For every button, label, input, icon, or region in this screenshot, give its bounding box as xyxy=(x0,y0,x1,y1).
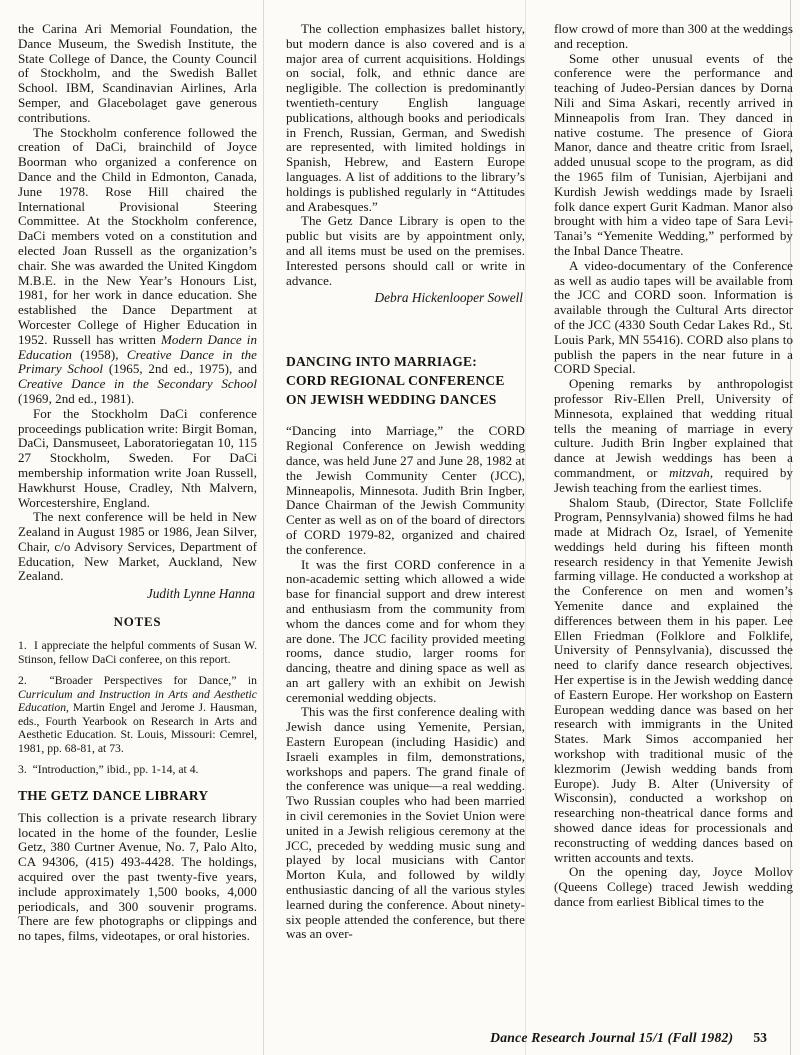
scan-edge-artifact xyxy=(790,0,791,1055)
scan-artifact-line xyxy=(263,0,264,1055)
paragraph-mollov-opening-day: On the opening day, Joyce Mollov (Queens… xyxy=(554,865,793,909)
page-footer: Dance Research Journal 15/1 (Fall 1982)5… xyxy=(490,1030,767,1046)
footnote-3: 3. “Introduction,” ibid., pp. 1-14, at 4… xyxy=(18,763,257,777)
heading-line-1: DANCING INTO MARRIAGE: xyxy=(286,352,525,371)
column-1: the Carina Ari Memorial Foundation, the … xyxy=(18,22,257,1016)
footnote-2: 2. “Broader Perspectives for Dance,” in … xyxy=(18,674,257,755)
byline-judith-lynne-hanna: Judith Lynne Hanna xyxy=(18,586,255,602)
paragraph-stockholm-conference: The Stockholm conference followed the cr… xyxy=(18,126,257,407)
paragraph-opening-remarks: Opening remarks by anthropologist profes… xyxy=(554,377,793,495)
paragraph-getz-visits: The Getz Dance Library is open to the pu… xyxy=(286,214,525,288)
getz-library-heading: THE GETZ DANCE LIBRARY xyxy=(18,788,257,804)
paragraph-next-conference: The next conference will be held in New … xyxy=(18,510,257,584)
heading-line-3: ON JEWISH WEDDING DANCES xyxy=(286,390,525,409)
page-number: 53 xyxy=(753,1030,767,1045)
column-2: The collection emphasizes ballet history… xyxy=(286,22,525,1016)
journal-page: the Carina Ari Memorial Foundation, the … xyxy=(0,0,800,1055)
heading-line-2: CORD REGIONAL CONFERENCE xyxy=(286,371,525,390)
paragraph-video-documentary: A video-documentary of the Conference as… xyxy=(554,259,793,377)
column-3: flow crowd of more than 300 at the weddi… xyxy=(554,22,793,1016)
paragraph-first-cord-conference: It was the first CORD conference in a no… xyxy=(286,558,525,706)
paragraph-daci-proceedings: For the Stockholm DaCi conference procee… xyxy=(18,407,257,511)
journal-title: Dance Research Journal 15/1 (Fall 1982) xyxy=(490,1030,733,1045)
byline-debra-hickenlooper-sowell: Debra Hickenlooper Sowell xyxy=(286,290,523,306)
paragraph-sponsors-continuation: the Carina Ari Memorial Foundation, the … xyxy=(18,22,257,126)
dancing-into-marriage-heading: DANCING INTO MARRIAGE: CORD REGIONAL CON… xyxy=(286,352,525,409)
scan-artifact-line xyxy=(525,0,526,1055)
paragraph-staub-workshops: Shalom Staub, (Director, State Follclife… xyxy=(554,496,793,866)
page-columns: the Carina Ari Memorial Foundation, the … xyxy=(0,0,800,1016)
notes-heading: NOTES xyxy=(18,615,257,630)
paragraph-conference-finale: This was the first conference dealing wi… xyxy=(286,705,525,942)
paragraph-overflow-crowd: flow crowd of more than 300 at the weddi… xyxy=(554,22,793,52)
paragraph-unusual-events: Some other unusual events of the confere… xyxy=(554,52,793,259)
paragraph-marriage-conference: “Dancing into Marriage,” the CORD Region… xyxy=(286,424,525,557)
paragraph-getz-holdings: The collection emphasizes ballet history… xyxy=(286,22,525,214)
paragraph-getz-collection: This collection is a private research li… xyxy=(18,811,257,944)
footnote-1: 1. I appreciate the helpful comments of … xyxy=(18,639,257,666)
